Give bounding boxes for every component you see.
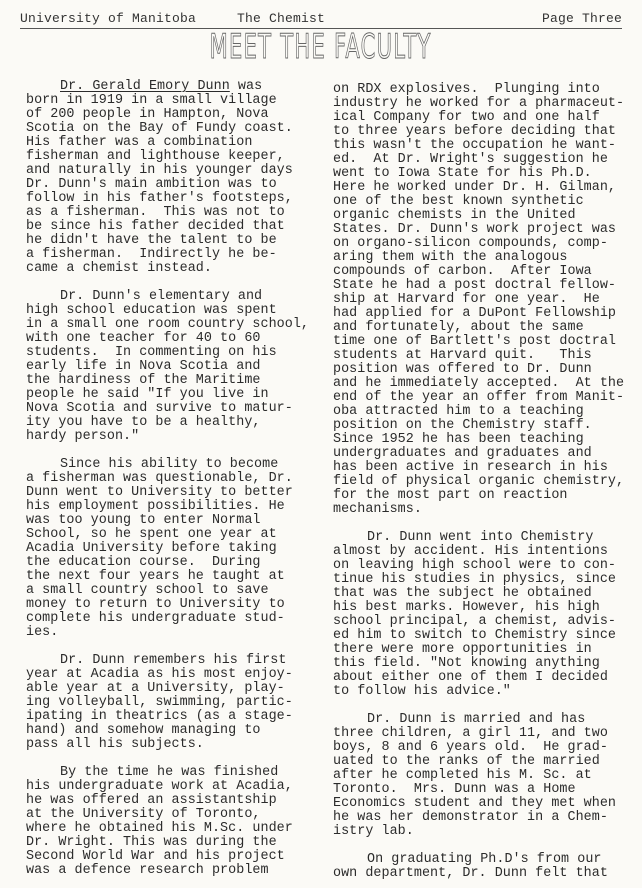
text-line: Dr. Wright. This was during the xyxy=(26,836,309,850)
text-line: has been active in research in his xyxy=(333,461,624,475)
text-line: his undergraduate work at Acadia, xyxy=(26,780,309,794)
text-line: he was her demonstrator in a Chem- xyxy=(333,811,624,825)
text-line: at the University of Toronto, xyxy=(26,808,309,822)
text-line: where he obtained his M.Sc. under xyxy=(26,822,309,836)
text-line: as a fisherman. This was not to xyxy=(26,206,309,220)
text-line: and he immediately accepted. At the xyxy=(333,377,624,391)
text-line: industry he worked for a pharmaceut- xyxy=(333,97,624,111)
text-line: money to return to University to xyxy=(26,598,309,612)
text-line: to follow his advice." xyxy=(333,685,624,699)
text-line: compounds of carbon. After Iowa xyxy=(333,265,624,279)
text-line: end of the year an offer from Manit- xyxy=(333,391,624,405)
text-line: oba attracted him to a teaching xyxy=(333,405,624,419)
text-line: early life in Nova Scotia and xyxy=(26,360,309,374)
text-line: with one teacher for 40 to 60 xyxy=(26,332,309,346)
text-line: to three years before deciding that xyxy=(333,125,624,139)
text-line: came a chemist instead. xyxy=(26,262,309,276)
text-line: Here he worked under Dr. H. Gilman, xyxy=(333,181,624,195)
text-line: a fisherman. Indirectly he be- xyxy=(26,248,309,262)
text-line: and fortunately, about the same xyxy=(333,321,624,335)
text-line: his employment possibilities. He xyxy=(26,500,309,514)
newsletter-page: University of Manitoba The Chemist Page … xyxy=(0,0,642,888)
text-line: this wasn't the occupation he want- xyxy=(333,139,624,153)
header-institution: University of Manitoba xyxy=(20,11,196,26)
text-line: ity you have to be a healthy, xyxy=(26,416,309,430)
text-line: school principal, a chemist, advis- xyxy=(333,615,624,629)
text-line: a small country school to save xyxy=(26,584,309,598)
text-line: ed. At Dr. Wright's suggestion he xyxy=(333,153,624,167)
text-line: time one of Bartlett's post doctral xyxy=(333,335,624,349)
text-line: people he said "If you live in xyxy=(26,388,309,402)
text-line: went to Iowa State for his Ph.D. xyxy=(333,167,624,181)
text-line: uated to the ranks of the married xyxy=(333,755,624,769)
text-line: had applied for a DuPont Fellowship xyxy=(333,307,624,321)
text-line: undergraduates and graduates and xyxy=(333,447,624,461)
article-paragraph: Dr. Dunn went into Chemistryalmost by ac… xyxy=(333,531,624,699)
text-line: was too young to enter Normal xyxy=(26,514,309,528)
text-line: students. In commenting on his xyxy=(26,346,309,360)
text-line: three children, a girl 11, and two xyxy=(333,727,624,741)
text-line: position on the Chemistry staff. xyxy=(333,419,624,433)
text-line: Since 1952 he has been teaching xyxy=(333,433,624,447)
text-line: boys, 8 and 6 years old. He grad- xyxy=(333,741,624,755)
text-line: a fisherman was questionable, Dr. xyxy=(26,472,309,486)
text-line: pass all his subjects. xyxy=(26,738,309,752)
text-line: of 200 people in Hampton, Nova xyxy=(26,108,309,122)
article-paragraph: On graduating Ph.D's from ourown departm… xyxy=(333,853,624,881)
text-line: was a defence research problem xyxy=(26,864,309,878)
faculty-name: Dr. Gerald Emory Dunn xyxy=(60,79,230,94)
text-line: fisherman and lighthouse keeper, xyxy=(26,150,309,164)
article-paragraph: By the time he was finishedhis undergrad… xyxy=(26,766,309,878)
text-line: On graduating Ph.D's from our xyxy=(333,853,624,867)
page-header: University of Manitoba The Chemist Page … xyxy=(20,8,622,29)
text-line: on RDX explosives. Plunging into xyxy=(333,83,624,97)
text-line: State he had a post doctral fellow- xyxy=(333,279,624,293)
text-line: his best marks. However, his high xyxy=(333,601,624,615)
text-line: he was offered an assistantship xyxy=(26,794,309,808)
text-line: ies. xyxy=(26,626,309,640)
text-line: Dr. Dunn remembers his first xyxy=(26,654,309,668)
text-line: field of physical organic chemistry, xyxy=(333,475,624,489)
text-line: ship at Harvard for one year. He xyxy=(333,293,624,307)
text-line: Since his ability to become xyxy=(26,458,309,472)
text-line: Dr. Dunn's main ambition was to xyxy=(26,178,309,192)
text-line: and naturally in his younger days xyxy=(26,164,309,178)
text-line: Acadia University before taking xyxy=(26,542,309,556)
article-paragraph: Dr. Dunn's elementary andhigh school edu… xyxy=(26,290,309,444)
text-line: be since his father decided that xyxy=(26,220,309,234)
text-line: the hardiness of the Maritime xyxy=(26,374,309,388)
text-line: States. Dr. Dunn's work project was xyxy=(333,223,624,237)
text-line: ing volleyball, swimming, partic- xyxy=(26,696,309,710)
text-line: year at Acadia as his most enjoy- xyxy=(26,668,309,682)
text-line: Scotia on the Bay of Fundy coast. xyxy=(26,122,309,136)
text-line: Dr. Dunn's elementary and xyxy=(26,290,309,304)
text-line: Second World War and his project xyxy=(26,850,309,864)
text-line: that was the subject he obtained xyxy=(333,587,624,601)
text-line: By the time he was finished xyxy=(26,766,309,780)
text-line: the next four years he taught at xyxy=(26,570,309,584)
text-line: aring them with the analogous xyxy=(333,251,624,265)
text-line: istry lab. xyxy=(333,825,624,839)
text-line: the education course. During xyxy=(26,556,309,570)
text-line: able year at a University, play- xyxy=(26,682,309,696)
article-paragraph: on RDX explosives. Plunging intoindustry… xyxy=(333,83,624,517)
right-column: on RDX explosives. Plunging intoindustry… xyxy=(333,83,624,888)
text-line: ical Company for two and one half xyxy=(333,111,624,125)
text-line: about either one of them I decided xyxy=(333,671,624,685)
text-fragment: was xyxy=(230,79,262,94)
text-line: this field. "Not knowing anything xyxy=(333,657,624,671)
article-paragraph: Dr. Dunn remembers his firstyear at Acad… xyxy=(26,654,309,752)
text-line: follow in his father's footsteps, xyxy=(26,192,309,206)
text-line: one of the best known synthetic xyxy=(333,195,624,209)
text-line: hardy person." xyxy=(26,430,309,444)
text-line: in a small one room country school, xyxy=(26,318,309,332)
text-line: Economics student and they met when xyxy=(333,797,624,811)
text-line: own department, Dr. Dunn felt that xyxy=(333,867,624,881)
text-line: hand) and somehow managing to xyxy=(26,724,309,738)
text-line: ed him to switch to Chemistry since xyxy=(333,629,624,643)
article-paragraph: Dr. Gerald Emory Dunn wasborn in 1919 in… xyxy=(26,80,309,276)
text-line: Toronto. Mrs. Dunn was a Home xyxy=(333,783,624,797)
text-line: ipating in theatrics (as a stage- xyxy=(26,710,309,724)
text-line: he didn't have the talent to be xyxy=(26,234,309,248)
text-line: organic chemists in the United xyxy=(333,209,624,223)
header-page-number: Page Three xyxy=(542,11,622,26)
text-line: Dr. Dunn went into Chemistry xyxy=(333,531,624,545)
text-line: almost by accident. His intentions xyxy=(333,545,624,559)
text-line: there were more opportunities in xyxy=(333,643,624,657)
text-line: high school education was spent xyxy=(26,304,309,318)
text-line: for the most part on reaction xyxy=(333,489,624,503)
text-line: born in 1919 in a small village xyxy=(26,94,309,108)
text-line: on organo-silicon compounds, comp- xyxy=(333,237,624,251)
article-paragraph: Since his ability to becomea fisherman w… xyxy=(26,458,309,640)
text-line: position was offered to Dr. Dunn xyxy=(333,363,624,377)
article-paragraph: Dr. Dunn is married and hasthree childre… xyxy=(333,713,624,839)
left-column: Dr. Gerald Emory Dunn wasborn in 1919 in… xyxy=(26,80,309,888)
text-line: after he completed his M. Sc. at xyxy=(333,769,624,783)
text-line: complete his undergraduate stud- xyxy=(26,612,309,626)
article-title: MEET THE FACULTY xyxy=(122,29,520,65)
text-line: tinue his studies in physics, since xyxy=(333,573,624,587)
text-line: His father was a combination xyxy=(26,136,309,150)
text-line: Dr. Gerald Emory Dunn was xyxy=(26,80,309,94)
header-publication: The Chemist xyxy=(237,11,325,26)
text-line: Dunn went to University to better xyxy=(26,486,309,500)
text-line: Nova Scotia and survive to matur- xyxy=(26,402,309,416)
text-line: Dr. Dunn is married and has xyxy=(333,713,624,727)
text-line: mechanisms. xyxy=(333,503,624,517)
text-line: students at Harvard quit. This xyxy=(333,349,624,363)
text-line: on leaving high school were to con- xyxy=(333,559,624,573)
text-line: School, so he spent one year at xyxy=(26,528,309,542)
